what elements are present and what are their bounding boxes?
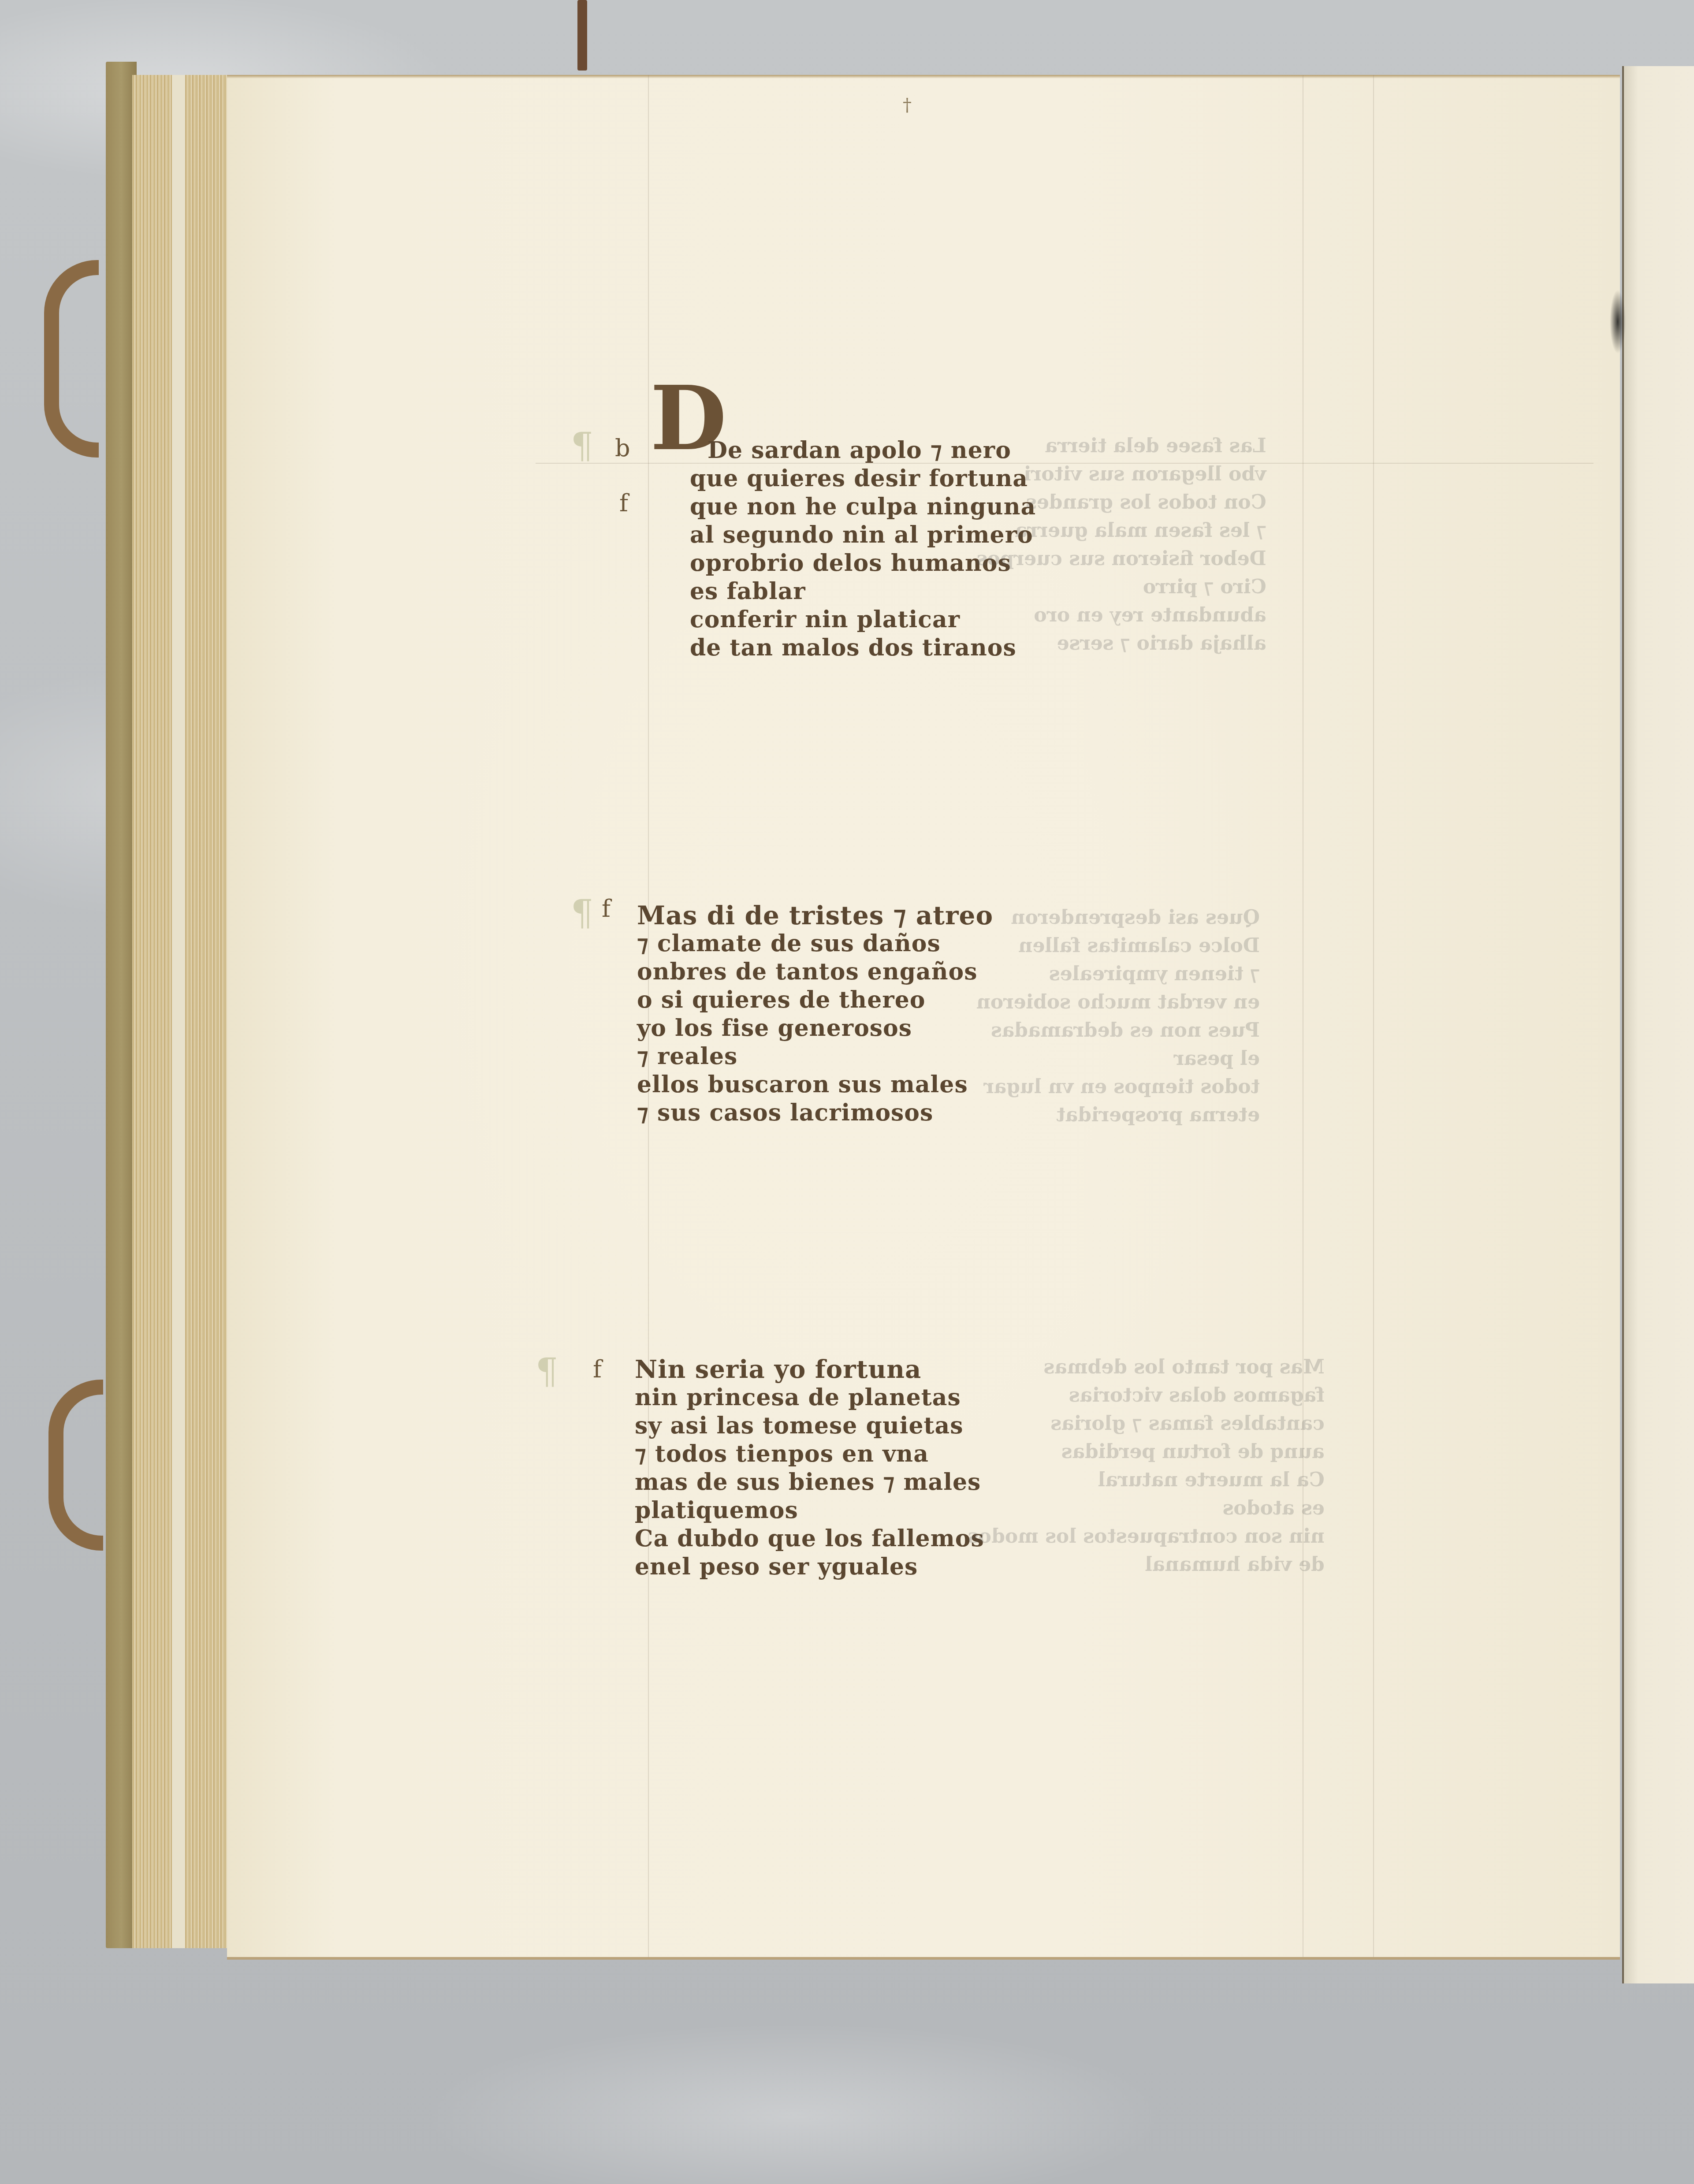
show-through-line: cantables famas ⁊ glorias <box>968 1410 1325 1438</box>
paraph-mark: ¶ <box>571 425 593 466</box>
show-through-line: en verdat mucho sobieron <box>976 988 1260 1016</box>
show-through-block-2: Ques asi desprenderon Dolce calamitas fa… <box>976 904 1260 1129</box>
show-through-line: ⁊ tienen ympireales <box>976 960 1260 988</box>
show-through-line: abundante rey en oro <box>976 601 1266 629</box>
paraph-mark: ¶ <box>571 893 593 934</box>
verse-line: platiquemos <box>635 1496 984 1525</box>
facing-page-edge: 108 <box>1622 66 1694 1983</box>
show-through-line: eterna prosperidat <box>976 1101 1260 1129</box>
guide-letter: b <box>615 434 630 462</box>
ruling-line-middle <box>1303 75 1303 1957</box>
verse-line: mas de sus bienes ⁊ males <box>635 1468 984 1496</box>
verse-line: o si quieres de thereo <box>637 986 993 1014</box>
verse-line: onbres de tantos engaños <box>637 958 993 986</box>
manuscript-page: † ¶ b D f De sardan apolo ⁊ nero que qui… <box>227 75 1620 1960</box>
show-through-line: vbo llegaron sus vitori <box>976 460 1266 488</box>
show-through-line: ⁊ les fasen mala guerra <box>976 517 1266 545</box>
show-through-line: fagamos dolas victorias <box>968 1381 1325 1410</box>
verse-line: Nin seria yo fortuna <box>635 1355 984 1384</box>
show-through-line: Ciro ⁊ pirro <box>976 573 1266 601</box>
verse-line: Mas di de tristes ⁊ atreo <box>637 901 993 930</box>
verse-line: ⁊ sus casos lacrimosos <box>637 1099 993 1127</box>
page-edges <box>132 75 229 1948</box>
verse-line: Ca dubdo que los fallemos <box>635 1525 984 1553</box>
show-through-line: nin son contrapuestos los modos <box>968 1522 1325 1551</box>
leather-tie-top <box>44 260 99 458</box>
paraph-mark: ¶ <box>536 1351 558 1392</box>
verse-line: yo los fise generosos <box>637 1014 993 1042</box>
show-through-line: alhaja dario ⁊ serse <box>976 629 1266 658</box>
show-through-line: todos tienpos en vn lugar <box>976 1073 1260 1101</box>
show-through-line: Ques asi desprenderon <box>976 904 1260 932</box>
bookmark-strap <box>577 0 587 71</box>
show-through-line: de vida humanal <box>968 1551 1325 1579</box>
leather-tie-bottom <box>48 1380 103 1551</box>
verse-line: enel peso ser yguales <box>635 1553 984 1581</box>
stanza-3: Nin seria yo fortuna nin princesa de pla… <box>635 1355 984 1581</box>
show-through-line: Debor fisieron sus cuerpos <box>976 545 1266 573</box>
show-through-line: Con todos los grandes <box>976 488 1266 517</box>
show-through-line: Pues non es dedramadas <box>976 1016 1260 1045</box>
show-through-line: es atodos <box>968 1494 1325 1522</box>
ruling-line-right <box>1373 75 1374 1957</box>
stanza-2: Mas di de tristes ⁊ atreo ⁊ clamate de s… <box>637 901 993 1127</box>
verse-line: sy asi las tomese quietas <box>635 1412 984 1440</box>
show-through-line: Dolce calamitas fallen <box>976 932 1260 960</box>
show-through-block-3: Mas por tanto los debmas fagamos dolas v… <box>968 1353 1325 1579</box>
show-through-line: Mas por tanto los debmas <box>968 1353 1325 1381</box>
top-mark: † <box>903 95 912 115</box>
verse-line: ⁊ clamate de sus daños <box>637 930 993 958</box>
side-marker: f <box>593 1355 602 1383</box>
ink-stain <box>1609 282 1627 361</box>
verse-line: ellos buscaron sus males <box>637 1071 993 1099</box>
show-through-line: Ca la muerte natural <box>968 1466 1325 1494</box>
show-through-block-1: Las fasee dela tierra vbo llegaron sus v… <box>976 432 1266 658</box>
verse-line: nin princesa de planetas <box>635 1384 984 1412</box>
side-marker: f <box>619 489 628 517</box>
show-through-line: el pesar <box>976 1045 1260 1073</box>
verse-line: ⁊ reales <box>637 1042 993 1071</box>
show-through-line: Las fasee dela tierra <box>976 432 1266 460</box>
show-through-line: aunq de fortun perdidas <box>968 1438 1325 1466</box>
side-marker: f <box>602 895 611 923</box>
verse-line: ⁊ todos tienpos en vna <box>635 1440 984 1468</box>
